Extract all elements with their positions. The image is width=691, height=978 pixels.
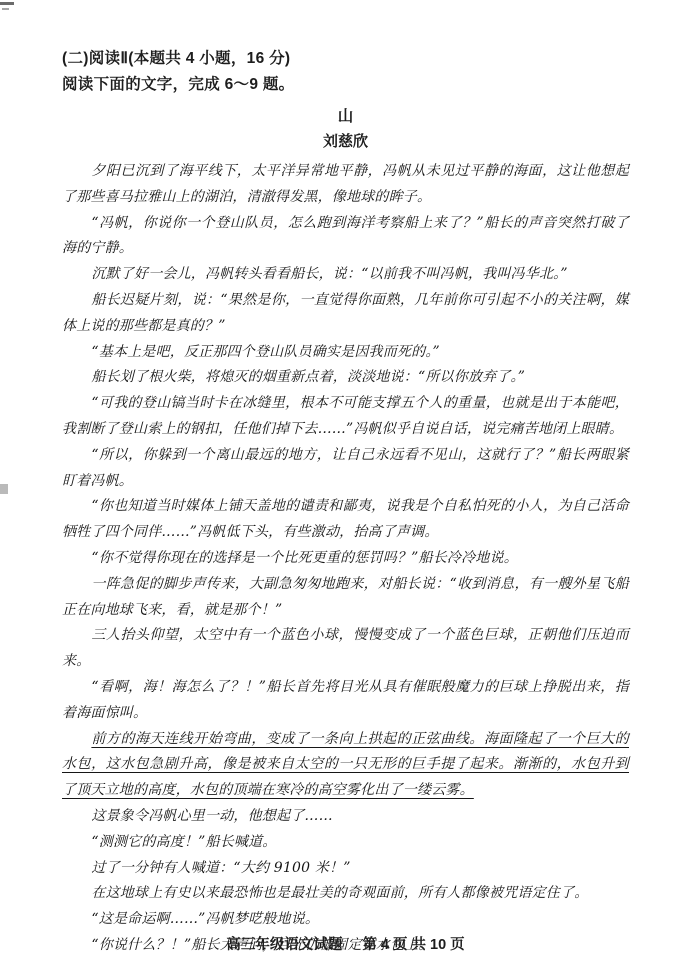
passage-paragraph: “所以，你躲到一个离山最远的地方，让自己永远看不见山，这就行了？”船长两眼紧盯着… xyxy=(62,443,629,495)
passage-paragraph: 船长迟疑片刻，说：“果然是你，一直觉得你面熟，几年前你可引起不小的关注啊，媒体上… xyxy=(62,288,629,340)
passage-paragraph: “可我的登山镐当时卡在冰缝里，根本不可能支撑五个人的重量，也就是出于本能吧，我割… xyxy=(62,391,629,443)
page-footer: 高三年级语文试题第 4 页 共 10 页 xyxy=(0,933,691,954)
reading-instruction: 阅读下面的文字，完成 6～9 题。 xyxy=(62,72,629,98)
scan-artifact xyxy=(0,2,14,5)
passage-paragraph: 三人抬头仰望，太空中有一个蓝色小球，慢慢变成了一个蓝色巨球，正朝他们压迫而来。 xyxy=(62,623,629,675)
passage-paragraph: 夕阳已沉到了海平线下，太平洋异常地平静，冯帆从未见过平静的海面，这让他想起了那些… xyxy=(62,159,629,211)
passage-paragraph: 前方的海天连线开始弯曲，变成了一条向上拱起的正弦曲线。海面隆起了一个巨大的水包，… xyxy=(62,727,629,804)
passage-title: 山 xyxy=(62,104,629,129)
passage-paragraph: 这景象令冯帆心里一动，他想起了…… xyxy=(62,804,629,830)
passage-body: 夕阳已沉到了海平线下，太平洋异常地平静，冯帆从未见过平静的海面，这让他想起了那些… xyxy=(62,159,629,959)
scan-artifact xyxy=(2,8,9,10)
passage-paragraph: “基本上是吧，反正那四个登山队员确实是因我而死的。” xyxy=(62,340,629,366)
passage-paragraph: 在这地球上有史以来最恐怖也是最壮美的奇观面前，所有人都像被咒语定住了。 xyxy=(62,881,629,907)
section-header: (二)阅读Ⅱ(本题共 4 小题，16 分) xyxy=(62,46,629,72)
passage-paragraph: 船长划了根火柴，将熄灭的烟重新点着，淡淡地说：“所以你放弃了。” xyxy=(62,365,629,391)
passage-paragraph: “你也知道当时媒体上铺天盖地的谴责和鄙夷，说我是个自私怕死的小人，为自己活命牺牲… xyxy=(62,494,629,546)
scan-artifact xyxy=(0,484,8,494)
passage-paragraph: 过了一分钟有人喊道：“大约 9100 米！” xyxy=(62,856,629,882)
passage-paragraph: “冯帆，你说你一个登山队员，怎么跑到海洋考察船上来了？”船长的声音突然打破了海的… xyxy=(62,211,629,263)
passage-paragraph: “看啊，海！海怎么了？！”船长首先将目光从具有催眠般魔力的巨球上挣脱出来，指着海… xyxy=(62,675,629,727)
passage-paragraph: 一阵急促的脚步声传来，大副急匆匆地跑来，对船长说：“收到消息，有一艘外星飞船正在… xyxy=(62,572,629,624)
exam-paper-page: (二)阅读Ⅱ(本题共 4 小题，16 分) 阅读下面的文字，完成 6～9 题。 … xyxy=(0,0,691,978)
passage-paragraph: “你不觉得你现在的选择是一个比死更重的惩罚吗？”船长冷冷地说。 xyxy=(62,546,629,572)
footer-page-number: 第 4 页 共 10 页 xyxy=(362,937,464,953)
passage-paragraph: 沉默了好一会儿，冯帆转头看看船长，说：“以前我不叫冯帆，我叫冯华北。” xyxy=(62,262,629,288)
passage-paragraph: “测测它的高度！”船长喊道。 xyxy=(62,830,629,856)
passage-author: 刘慈欣 xyxy=(62,129,629,154)
passage-paragraph: “这是命运啊……”冯帆梦呓般地说。 xyxy=(62,907,629,933)
footer-doc-title: 高三年级语文试题 xyxy=(226,937,342,953)
